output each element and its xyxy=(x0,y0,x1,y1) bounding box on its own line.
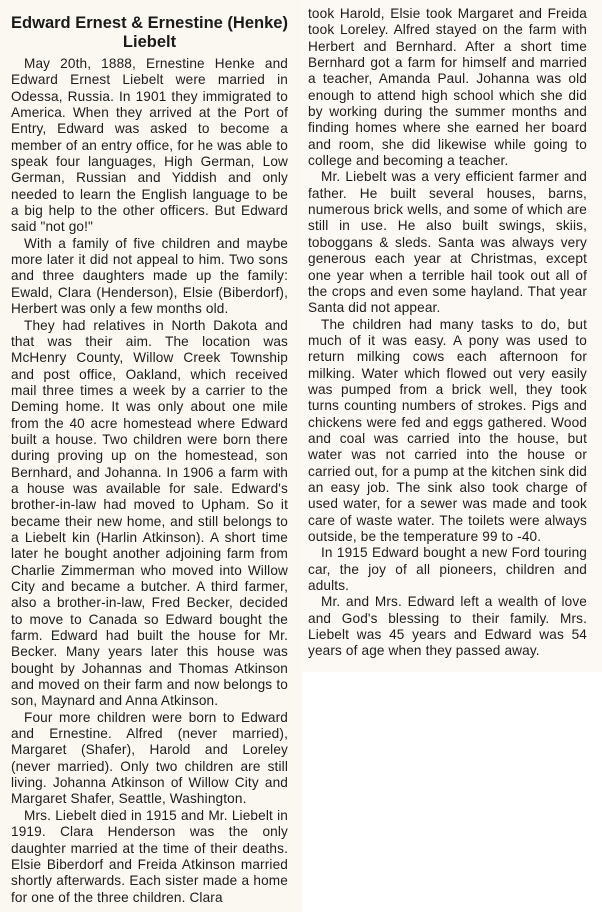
paragraph-efficient-farmer: Mr. Liebelt was a very efficient farmer … xyxy=(308,169,587,316)
paragraph-family: With a family of five children and maybe… xyxy=(11,236,288,318)
paragraph-more-children: Four more children were born to Edward a… xyxy=(11,710,288,808)
right-column: took Harold, Elsie took Margaret and Fre… xyxy=(308,6,587,660)
paragraph-deaths: Mrs. Liebelt died in 1915 and Mr. Liebel… xyxy=(11,808,288,906)
paragraph-marriage-immigration: May 20th, 1888, Ernestine Henke and Edwa… xyxy=(11,56,288,236)
paragraph-tasks: The children had many tasks to do, but m… xyxy=(308,317,587,546)
paragraph-ford-car: In 1915 Edward bought a new Ford touring… xyxy=(308,545,587,594)
left-column: Edward Ernest & Ernestine (Henke) Liebel… xyxy=(11,14,288,906)
title-line-2: Liebelt xyxy=(123,33,176,51)
paragraph-children-placed: took Harold, Elsie took Margaret and Fre… xyxy=(308,6,587,169)
title-line-1: Edward Ernest & Ernestine (Henke) xyxy=(11,14,288,32)
article-title: Edward Ernest & Ernestine (Henke) Liebel… xyxy=(11,14,288,52)
paragraph-north-dakota: They had relatives in North Dakota and t… xyxy=(11,318,288,710)
paragraph-legacy: Mr. and Mrs. Edward left a wealth of lov… xyxy=(308,594,587,659)
